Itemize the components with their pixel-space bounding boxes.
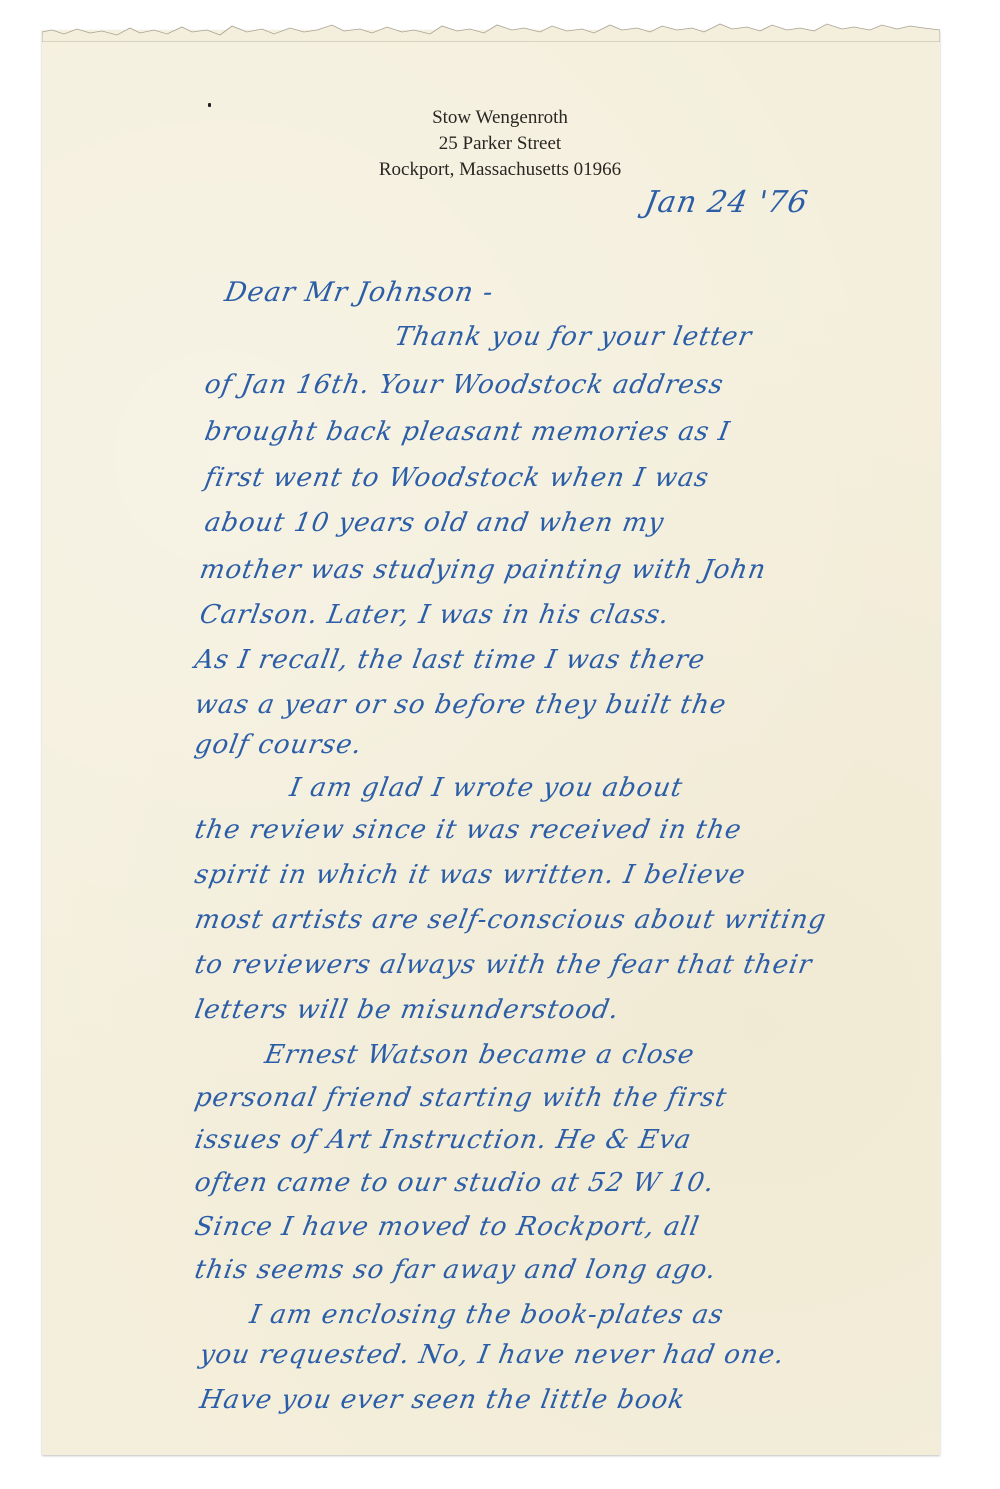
letter-line: first went to Woodstock when I was	[202, 463, 711, 493]
letter-line: most artists are self-conscious about wr…	[192, 905, 828, 935]
letter-line: often came to our studio at 52 W 10.	[192, 1168, 717, 1198]
letter-line: brought back pleasant memories as I	[202, 417, 732, 447]
letter-line: As I recall, the last time I was there	[192, 645, 707, 675]
letter-line: Since I have moved to Rockport, all	[192, 1212, 702, 1242]
letter-line: this seems so far away and long ago.	[192, 1255, 718, 1285]
letterhead-name: Stow Wengenroth	[0, 105, 1000, 131]
letterhead-city: Rockport, Massachusetts 01966	[0, 157, 1000, 183]
letter-line: spirit in which it was written. I believ…	[192, 860, 748, 890]
letter-line: mother was studying painting with John	[197, 555, 768, 585]
torn-top-edge	[42, 20, 940, 42]
letter-line: Ernest Watson became a close	[262, 1040, 697, 1070]
letter-line: of Jan 16th. Your Woodstock address	[202, 370, 726, 400]
letter-line: about 10 years old and when my	[202, 508, 666, 538]
letter-line: I am enclosing the book-plates as	[247, 1300, 726, 1330]
letter-date: Jan 24 '76	[642, 185, 811, 220]
letter-line: the review since it was received in the	[192, 815, 744, 845]
letter-line: Have you ever seen the little book	[197, 1385, 687, 1415]
letterhead: Stow Wengenroth 25 Parker Street Rockpor…	[0, 105, 1000, 183]
letter-salutation: Dear Mr Johnson -	[222, 277, 496, 308]
letter-line: was a year or so before they built the	[192, 690, 729, 720]
letter-line: letters will be misunderstood.	[192, 995, 621, 1025]
letter-line: issues of Art Instruction. He & Eva	[192, 1125, 694, 1155]
letter-line: to reviewers always with the fear that t…	[192, 950, 814, 980]
letterhead-street: 25 Parker Street	[0, 131, 1000, 157]
letter-line: Carlson. Later, I was in his class.	[197, 600, 672, 630]
letter-line: personal friend starting with the first	[192, 1083, 729, 1113]
letter-line: Thank you for your letter	[392, 322, 754, 352]
letter-line: you requested. No, I have never had one.	[197, 1340, 787, 1370]
letter-line: golf course.	[192, 730, 364, 760]
letter-line: I am glad I wrote you about	[287, 773, 685, 803]
